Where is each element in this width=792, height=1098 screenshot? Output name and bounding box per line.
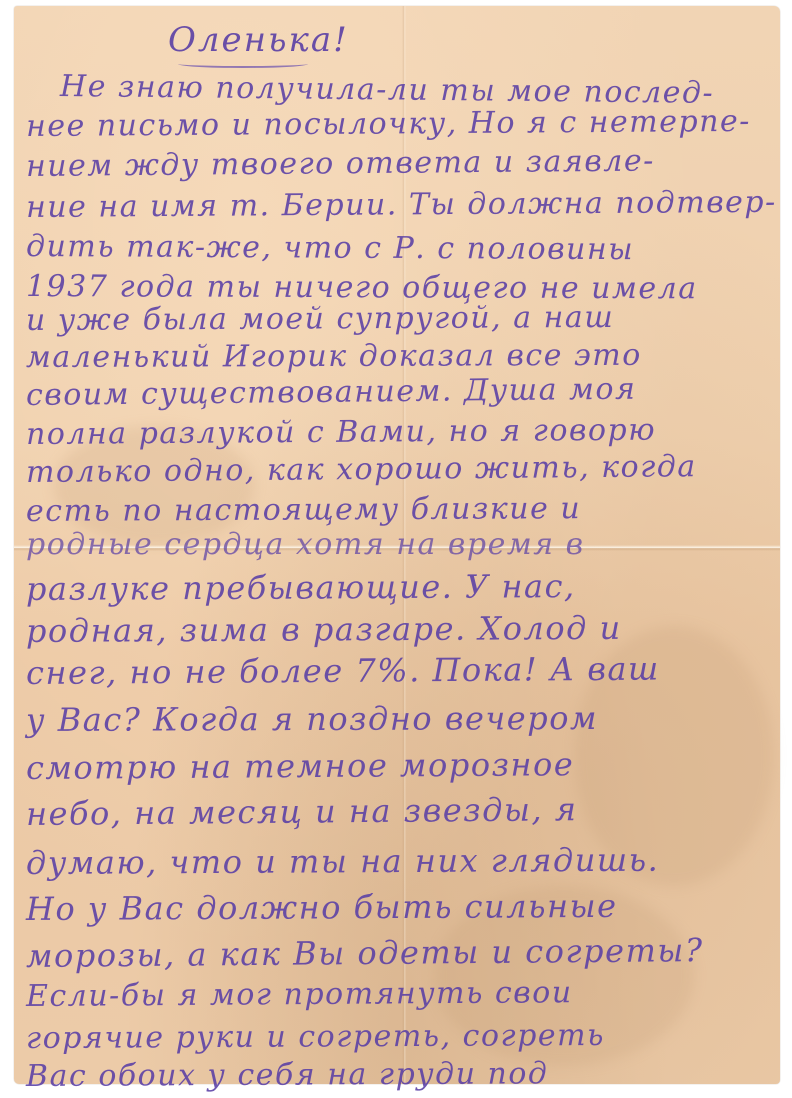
salutation-underline	[178, 60, 308, 68]
letter-line: Если-бы я мог протянуть свои	[26, 978, 573, 1012]
letter-line: своим существованием. Душа моя	[26, 375, 637, 411]
letter-line: нием жду твоего ответа и заявле-	[26, 147, 655, 182]
letter-line: Но у Вас должно быть сильные	[26, 890, 618, 925]
letter-line: смотрю на темное морозное	[26, 748, 574, 784]
letter-line: разлуке пребывающие. У нас,	[26, 570, 576, 605]
letter-line: дить так-же, что с Р. с половины	[26, 232, 634, 265]
letter-line: думаю, что и ты на них глядишь.	[26, 844, 659, 879]
letter-line: родные сердца хотя на время в	[26, 530, 585, 560]
letter-line: маленький Игорик доказал все это	[26, 341, 642, 373]
letter-line: горячие руки и согреть, согреть	[26, 1021, 605, 1054]
letter-salutation: Оленька!	[168, 20, 349, 60]
letter-line: снег, но не более 7%. Пока! А ваш	[26, 653, 660, 689]
letter-line: нее письмо и посылочку, Но я с нетерпе-	[26, 107, 751, 142]
letter-line: морозы, а как Вы одеты и согреты?	[26, 934, 704, 972]
letter-line: родная, зима в разгаре. Холод и	[26, 612, 622, 647]
letter-line: Вас обоих у себя на груди под	[26, 1059, 549, 1092]
letter-line: только одно, как хорошо жить, когда	[26, 452, 697, 488]
letter-line: и уже была моей супругой, а наш	[26, 303, 614, 336]
letter-line: Не знаю получила-ли ты мое послед-	[60, 72, 714, 109]
letter-line: есть по настоящему близкие и	[26, 494, 581, 527]
letter-line: полна разлукой с Вами, но я говорю	[26, 416, 656, 450]
letter-line: ние на имя т. Берии. Ты должна подтвер-	[26, 188, 777, 223]
letter-line: небо, на месяц и на звезды, я	[26, 793, 578, 830]
letter-line: у Вас? Когда я поздно вечером	[26, 702, 598, 736]
